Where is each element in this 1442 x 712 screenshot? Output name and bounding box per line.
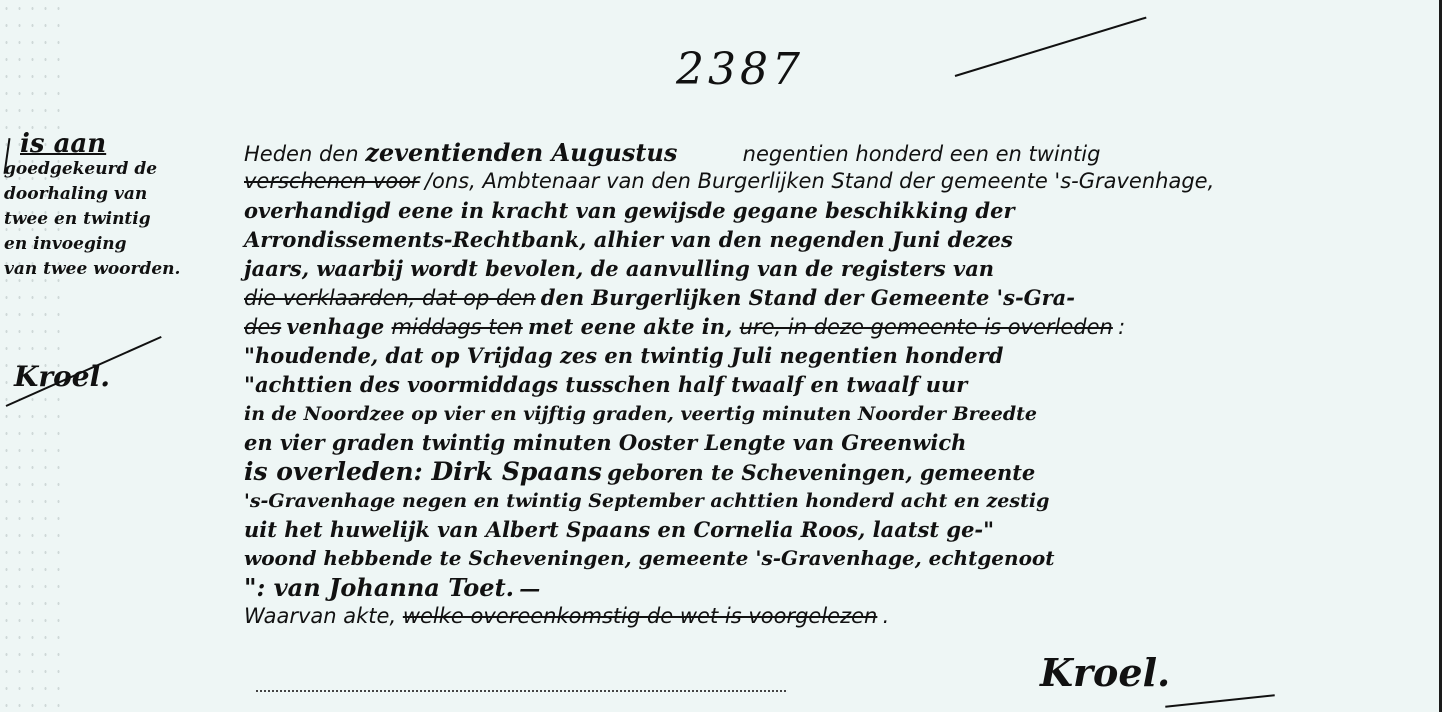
handwritten-text: in de Noordzee op vier en vijftig graden… bbox=[244, 403, 1037, 425]
pen-stroke-top bbox=[955, 17, 1147, 77]
dash: — bbox=[519, 576, 540, 601]
handwritten-text: en vier graden twintig minuten Ooster Le… bbox=[244, 430, 966, 455]
handwritten-text: met eene akte in, bbox=[528, 314, 740, 339]
text-segment: . bbox=[883, 604, 890, 628]
handwritten-text: "achttien des voormiddags tusschen half … bbox=[244, 372, 967, 397]
closing-signature: Kroel. bbox=[1040, 650, 1170, 695]
body-line: Waarvan akte, welke overeenkomstig de we… bbox=[244, 602, 1404, 631]
text-segment: /ons, Ambtenaar van den Burgerlijken Sta… bbox=[425, 169, 1214, 193]
record-body: Heden den zeventienden Augustus negentie… bbox=[244, 138, 1404, 631]
body-line: die verklaarden, dat op den den Burgerli… bbox=[244, 283, 1404, 312]
handwritten-text: uit het huwelijk van Albert Spaans en Co… bbox=[244, 517, 994, 542]
margin-note-line: en invoeging bbox=[4, 232, 242, 257]
margin-note-line: goedgekeurd de bbox=[4, 157, 242, 182]
body-line: woond hebbende te Scheveningen, gemeente… bbox=[244, 544, 1404, 573]
struck-text: des bbox=[244, 315, 281, 339]
body-line: 's-Gravenhage negen en twintig September… bbox=[244, 486, 1404, 515]
text-segment: Waarvan akte, bbox=[244, 604, 403, 628]
struck-text: ure, in deze gemeente is overleden bbox=[740, 315, 1113, 339]
margin-note-line: is aan bbox=[4, 132, 242, 157]
struck-text: middags ten bbox=[392, 315, 523, 339]
body-line: overhandigd eene in kracht van gewijsde … bbox=[244, 196, 1404, 225]
date-handwritten: zeventienden Augustus bbox=[365, 138, 677, 167]
body-line: ": van Johanna Toet. — bbox=[244, 573, 1404, 602]
margin-note-line: doorhaling van bbox=[4, 182, 242, 207]
handwritten-text: 's-Gravenhage negen en twintig September… bbox=[244, 490, 1049, 512]
struck-text: verschenen voor bbox=[244, 169, 420, 193]
body-line: Arrondissements-Rechtbank, alhier van de… bbox=[244, 225, 1404, 254]
handwritten-text: jaars, waarbij wordt bevolen, de aanvull… bbox=[244, 256, 994, 281]
margin-note: is aan goedgekeurd de doorhaling van twe… bbox=[4, 132, 242, 282]
struck-text: die verklaarden, dat op den bbox=[244, 286, 536, 310]
signature-flourish bbox=[1165, 694, 1275, 707]
handwritten-text: woond hebbende te Scheveningen, gemeente… bbox=[244, 546, 1055, 570]
handwritten-text: den Burgerlijken Stand der Gemeente 's-G… bbox=[541, 285, 1075, 310]
deceased-name: is overleden: Dirk Spaans bbox=[244, 457, 602, 486]
handwritten-text: overhandigd eene in kracht van gewijsde … bbox=[244, 198, 1015, 223]
body-line: uit het huwelijk van Albert Spaans en Co… bbox=[244, 515, 1404, 544]
body-line: "houdende, dat op Vrijdag zes en twintig… bbox=[244, 341, 1404, 370]
body-line: des venhage middags ten met eene akte in… bbox=[244, 312, 1404, 341]
text-segment: Heden den bbox=[244, 142, 365, 166]
handwritten-text: venhage bbox=[286, 314, 391, 339]
handwritten-text: geboren te Scheveningen, gemeente bbox=[607, 460, 1035, 485]
body-line: jaars, waarbij wordt bevolen, de aanvull… bbox=[244, 254, 1404, 283]
handwritten-text: "houdende, dat op Vrijdag zes en twintig… bbox=[244, 343, 1003, 368]
text-segment: : bbox=[1118, 315, 1125, 339]
margin-note-line: twee en twintig bbox=[4, 207, 242, 232]
record-number: 2387 bbox=[676, 44, 804, 95]
body-line: Heden den zeventienden Augustus negentie… bbox=[244, 138, 1404, 167]
body-line: verschenen voor /ons, Ambtenaar van den … bbox=[244, 167, 1404, 196]
document-page: 2387 is aan goedgekeurd de doorhaling va… bbox=[0, 0, 1442, 712]
text-segment: negentien honderd een en twintig bbox=[743, 142, 1101, 166]
spouse-name: ": van Johanna Toet. bbox=[244, 573, 514, 602]
body-line: is overleden: Dirk Spaans geboren te Sch… bbox=[244, 457, 1404, 486]
dotted-rule bbox=[256, 690, 786, 692]
handwritten-text: Arrondissements-Rechtbank, alhier van de… bbox=[244, 227, 1013, 252]
body-line: "achttien des voormiddags tusschen half … bbox=[244, 370, 1404, 399]
margin-note-line: van twee woorden. bbox=[4, 257, 242, 282]
struck-text: welke overeenkomstig de wet is voorgelez… bbox=[403, 604, 878, 628]
body-line: in de Noordzee op vier en vijftig graden… bbox=[244, 399, 1404, 428]
body-line: en vier graden twintig minuten Ooster Le… bbox=[244, 428, 1404, 457]
paper-speckle bbox=[0, 0, 70, 712]
